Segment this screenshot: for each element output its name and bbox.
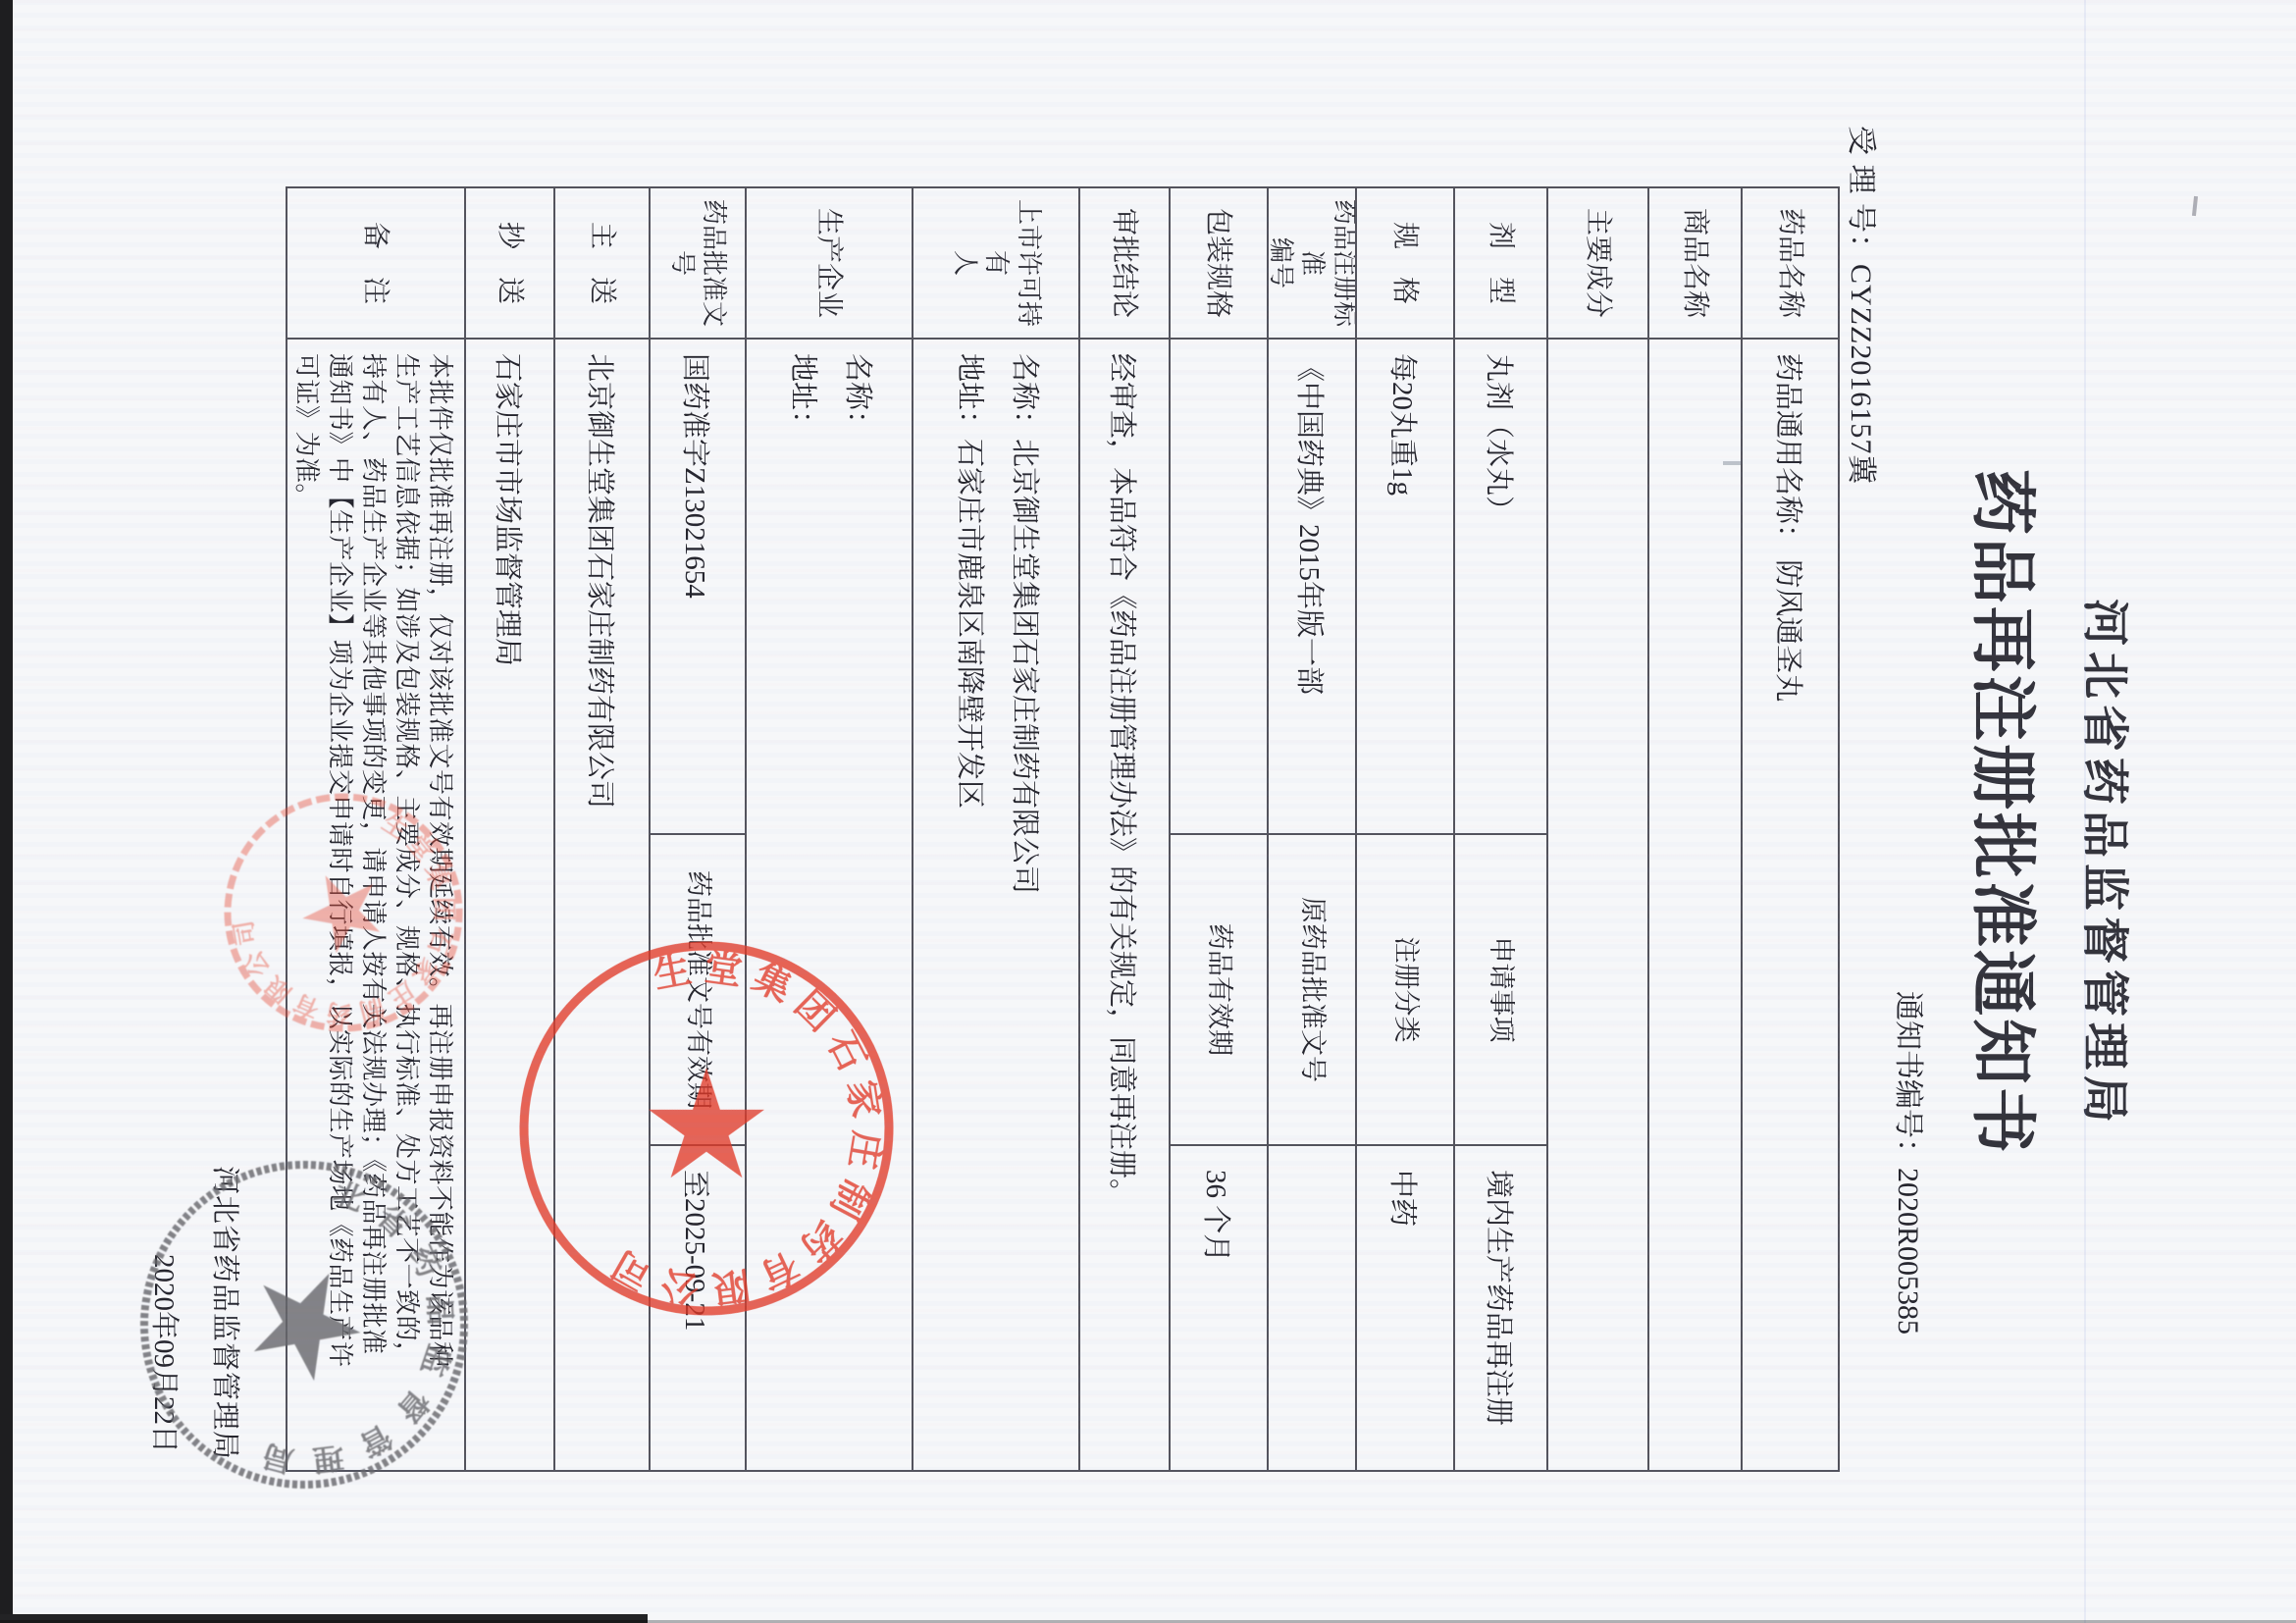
table-row-approval-conclusion: 审批结论 经审查，本品符合《药品注册管理办法》的有关规定，同意再注册。 <box>1080 188 1171 1470</box>
row-label: 抄 送 <box>466 188 553 338</box>
table-row-license-holder: 上市许可持有人 名称：北京御生堂集团石家庄制药有限公司 地址：石家庄市鹿泉区南降… <box>913 188 1080 1470</box>
remarks-line: 生产工艺信息依据；如涉及包装规格、主要成分、规格、执行标准、处方工艺不一致的， <box>390 353 423 1464</box>
registration-table: 药品名称 药品通用名称： 防风通圣丸 商品名称 主要成分 剂 型 丸剂（水丸） … <box>286 186 1840 1472</box>
row-label-2: 原药品批准文号 <box>1269 833 1355 1144</box>
row-value <box>1171 338 1267 833</box>
row-label: 生产企业 <box>747 188 912 338</box>
table-row-trade-name: 商品名称 <box>1649 188 1743 1470</box>
row-label: 上市许可持有人 <box>913 188 1078 338</box>
row-value: 药品通用名称： 防风通圣丸 <box>1743 338 1838 1470</box>
row-label: 规 格 <box>1357 188 1453 338</box>
row-value: 北京御生堂集团石家庄制药有限公司 <box>555 338 649 1470</box>
holder-name-line: 名称：北京御生堂集团石家庄制药有限公司 <box>1008 353 1039 1470</box>
row-label: 商品名称 <box>1649 188 1741 338</box>
row-label-2: 药品批准文号有效期 <box>651 833 745 1144</box>
table-row-remarks: 备 注 本批件仅批准再注册，仅对该批准文号有效期延续有效。再注册申报资料不能作为… <box>287 188 466 1470</box>
table-row-copy-recipient: 抄 送 石家庄市市场监督管理局 <box>466 188 555 1470</box>
row-label: 包装规格 <box>1171 188 1267 338</box>
table-row-specification: 规 格 每20丸重1g 注册分类 中药 <box>1357 188 1455 1470</box>
row-label: 药品注册标准编号 <box>1269 188 1355 338</box>
row-value: 每20丸重1g <box>1357 338 1453 833</box>
row-label: 药品名称 <box>1743 188 1838 338</box>
table-row-approval-number: 药品批准文号 国药准字Z13021654 药品批准文号有效期 至2025-09-… <box>651 188 747 1470</box>
manufacturer-name-line: 名称： <box>841 353 872 1470</box>
row-value-2: 36 个月 <box>1171 1144 1267 1470</box>
issue-date: 2020年09月22日 <box>146 1254 186 1453</box>
row-label: 主 送 <box>555 188 649 338</box>
row-value-2 <box>1269 1144 1355 1470</box>
row-value <box>1649 338 1741 1470</box>
manufacturer-address-line: 地址： <box>786 353 817 1470</box>
holder-address-line: 地址：石家庄市鹿泉区南降壁开发区 <box>953 353 984 1470</box>
table-row-package-spec: 包装规格 药品有效期 36 个月 <box>1171 188 1269 1470</box>
scanner-edge-left <box>0 0 13 1623</box>
row-value: 石家庄市市场监督管理局 <box>466 338 553 1470</box>
row-label: 备 注 <box>287 188 464 338</box>
acceptance-number-label: 受 理 号： <box>1845 126 1877 264</box>
row-label: 药品批准文号 <box>651 188 745 338</box>
row-value: 名称：北京御生堂集团石家庄制药有限公司 地址：石家庄市鹿泉区南降壁开发区 <box>913 338 1078 1470</box>
row-value: 本批件仅批准再注册，仅对该批准文号有效期延续有效。再注册申报资料不能作为该品种 … <box>287 338 464 1470</box>
row-value <box>1548 338 1647 1470</box>
table-row-main-ingredients: 主要成分 <box>1548 188 1649 1470</box>
table-row-manufacturer: 生产企业 名称： 地址： <box>747 188 913 1470</box>
row-label: 审批结论 <box>1080 188 1169 338</box>
notice-number-value: 2020R005385 <box>1892 1168 1924 1335</box>
row-value: 丸剂（水丸） <box>1455 338 1546 833</box>
row-value-2: 境内生产药品再注册 <box>1455 1144 1546 1470</box>
row-value: 国药准字Z13021654 <box>651 338 745 833</box>
row-value: 《中国药典》2015年版一部 <box>1269 338 1355 833</box>
row-value: 经审查，本品符合《药品注册管理办法》的有关规定，同意再注册。 <box>1080 338 1169 1470</box>
acceptance-number-line: 受 理 号：CYZZ2016157冀 <box>1843 126 1886 485</box>
row-value-2: 中药 <box>1357 1144 1453 1470</box>
row-value: 名称： 地址： <box>747 338 912 1470</box>
row-label: 主要成分 <box>1548 188 1647 338</box>
acceptance-number-value: CYZZ2016157冀 <box>1845 264 1877 485</box>
pen-mark-dash <box>2192 196 2198 216</box>
remarks-line: 持有人、药品生产企业等其他事项的变更，请申请人按有关法规办理；《药品再注册批准 <box>356 353 390 1464</box>
notice-number-label: 通知书编号： <box>1892 991 1924 1168</box>
table-row-dosage-form: 剂 型 丸剂（水丸） 申请事项 境内生产药品再注册 <box>1455 188 1548 1470</box>
issuer-line: 河北省药品监督管理局 <box>207 1166 247 1460</box>
row-value-2: 至2025-09-21 <box>651 1144 745 1470</box>
table-row-main-recipient: 主 送 北京御生堂集团石家庄制药有限公司 <box>555 188 651 1470</box>
document-page: 河北省药品监督管理局 药品再注册批准通知书 通知书编号：2020R005385 … <box>0 0 2296 1623</box>
cell-pen-mark <box>1723 461 1741 465</box>
row-label-2: 注册分类 <box>1357 833 1453 1144</box>
scan-artifact-line <box>2084 0 2086 1623</box>
notice-number-line: 通知书编号：2020R005385 <box>1890 991 1933 1335</box>
remarks-line: 本批件仅批准再注册，仅对该批准文号有效期延续有效。再注册申报资料不能作为该品种 <box>423 353 456 1464</box>
row-label-2: 药品有效期 <box>1171 833 1267 1144</box>
document-title: 药品再注册批准通知书 <box>1960 469 2055 1156</box>
row-label-2: 申请事项 <box>1455 833 1546 1144</box>
remarks-line: 可证》为准。 <box>289 353 323 1464</box>
row-label: 剂 型 <box>1455 188 1546 338</box>
scanned-page-frame: 河北省药品监督管理局 药品再注册批准通知书 通知书编号：2020R005385 … <box>0 0 2296 1623</box>
table-row-standard-number: 药品注册标准编号 《中国药典》2015年版一部 原药品批准文号 <box>1269 188 1357 1470</box>
remarks-line: 通知书》中【生产企业】项为企业提交申请时自行填报，以实际的生产场地《药品生产许 <box>323 353 356 1464</box>
table-row-drug-name: 药品名称 药品通用名称： 防风通圣丸 <box>1743 188 1838 1470</box>
